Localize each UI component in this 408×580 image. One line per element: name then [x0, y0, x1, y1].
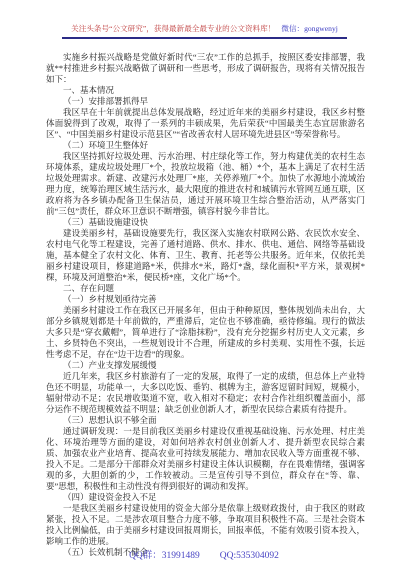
doc-paragraph: 我区早在十年前就提出总体发展战略，经过近年来的美丽乡村建设，我区乡村整体面貌得到… [46, 107, 365, 140]
page-header: 关注头条号“公文研究”，获得最新最全最专业的公文资料库！微信：gongwenyj [62, 23, 347, 39]
doc-paragraph: 近几年来，我区乡村旅游有了一定的发展，取得了一定的成绩，但总体上产业特色还不明显… [46, 371, 365, 415]
heading-ideological-awareness: （三）思想认识不够全面 [46, 415, 365, 426]
heading-funding: （四）建设资金投入不足 [46, 492, 365, 503]
doc-paragraph: 我区坚持抓好垃圾处理、污水治理、村庄绿化等工作，努力构建优美的农村生态环境体系，… [46, 151, 365, 217]
qq-group-number: QQ群：31991489 [129, 551, 200, 561]
qq-number: QQ:535304092 [220, 551, 279, 561]
doc-paragraph: 建设美丽乡村，基础设施要先行，我区深入实施农村联网公路、农民饮水安全、农村电气化… [46, 228, 365, 283]
document-page: 关注头条号“公文研究”，获得最新最全最专业的公文资料库！微信：gongwenyj… [0, 0, 408, 580]
doc-paragraph: 美丽乡村建设工作在我区已开展多年，但由于种种原因，整体规划尚未出台，大部分乡镇规… [46, 305, 365, 360]
heading-basic-situation: 一、基本情况 [46, 85, 365, 96]
heading-early-deployment: （一）安排部署抓得早 [46, 96, 365, 107]
page-footer: QQ群：31991489QQ:535304092 [0, 547, 408, 561]
intro-paragraph: 实施乡村振兴战略是党做好新时代“三农”工作的总抓手，按照区委安排部署，我就**村… [46, 52, 365, 85]
heading-problems: 二、存在问题 [46, 283, 365, 294]
heading-infrastructure: （三）基础设施建设快 [46, 217, 365, 228]
header-promo-text: 关注头条号“公文研究”，获得最新最全最专业的公文资料库！ [71, 24, 275, 33]
document-body: 实施乡村振兴战略是党做好新时代“三农”工作的总抓手，按照区委安排部署，我就**村… [46, 52, 365, 558]
doc-paragraph: 一是我区美丽乡村建设使用的资金大部分是依靠上级财政拨付，由于我区的财政紧张，投入… [46, 503, 365, 547]
header-wechat-id: 微信：gongwenyj [281, 24, 338, 33]
heading-planning: （一）乡村规划亟待完善 [46, 294, 365, 305]
heading-environment-sanitation: （二）环境卫生整体好 [46, 140, 365, 151]
heading-industry-support: （二）产业支撑发展缓慢 [46, 360, 365, 371]
doc-paragraph: 通过调研发现：一是目前我区美丽乡村建设仅重视基础设施、污水处理、村庄美化、环境治… [46, 426, 365, 492]
